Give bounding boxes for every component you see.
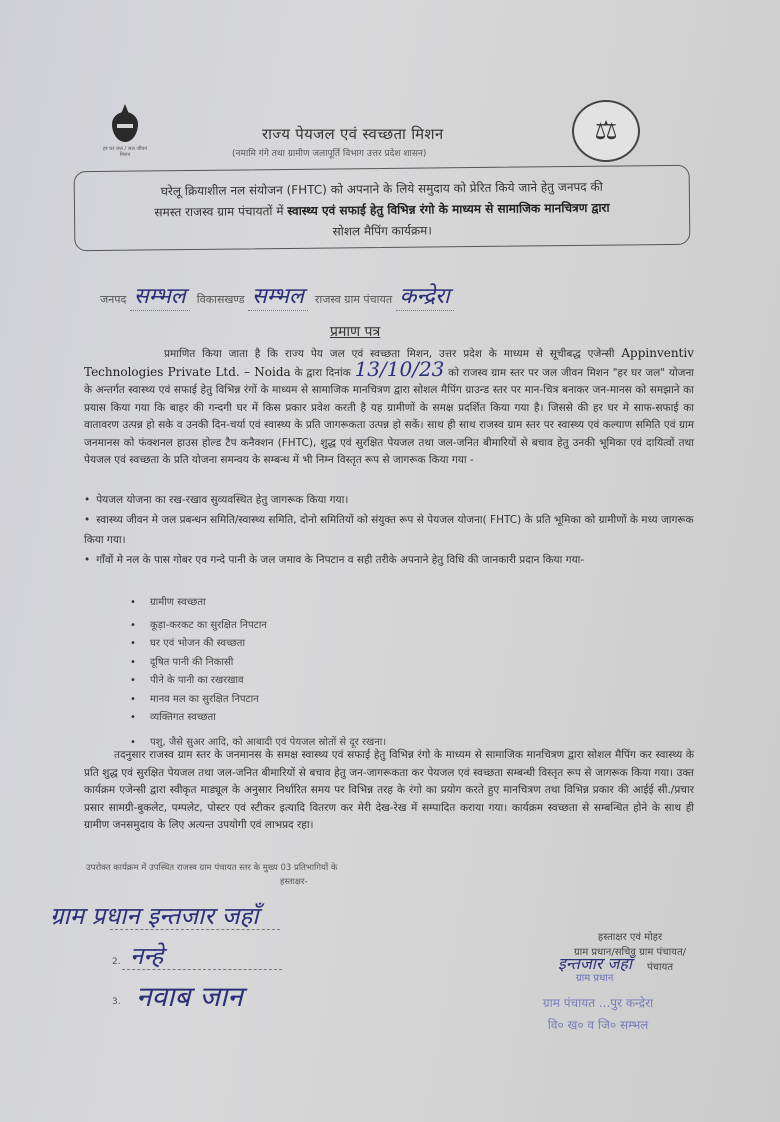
sanitation-topics-list: ग्रामीण स्वच्छता कूड़ा-करकट का सुरक्षित … bbox=[130, 594, 386, 752]
up-state-emblem-icon: ⚖ bbox=[572, 100, 640, 162]
location-fields: जनपद सम्भल विकासखण्ड सम्भल राजस्व ग्राम … bbox=[100, 280, 454, 311]
signatures-label: हस्ताक्षर- bbox=[280, 876, 308, 887]
signature-1: ग्राम प्रधान इन्तजार जहाँ bbox=[50, 899, 258, 932]
panchayat-field: कन्द्रेरा bbox=[396, 280, 454, 311]
bullet-item: गाँवों मे नल के पास गोबर एव गन्दे पानी क… bbox=[84, 550, 694, 570]
seal-line-1: ग्राम पंचायत ...पुर कन्द्रेरा bbox=[508, 992, 688, 1014]
district-label: जनपद bbox=[100, 293, 126, 306]
panchayat-label: राजस्व ग्राम पंचायत bbox=[315, 293, 392, 306]
water-drop-icon bbox=[112, 112, 138, 142]
signature-2: नन्हे bbox=[130, 939, 163, 972]
topic-item: पीने के पानी का रखरखाव bbox=[130, 672, 386, 691]
participants-note: उपरोक्त कार्यक्रम में उपस्थित राजस्व ग्र… bbox=[86, 862, 337, 873]
panchayat-seal: ग्राम पंचायत ...पुर कन्द्रेरा वि० ख० व ज… bbox=[508, 992, 688, 1036]
awareness-bullets: पेयजल योजना का रख-रखाव सुव्यवस्थित हेतु … bbox=[84, 490, 694, 570]
topic-item: कूड़ा-करकट का सुरक्षित निपटान bbox=[130, 617, 386, 636]
seal-line-2: वि० ख० व जि० सम्भल bbox=[508, 1014, 688, 1036]
certificate-paragraph-1: प्रमाणित किया जाता है कि राज्य पेय जल एव… bbox=[84, 345, 694, 470]
banner-line-2-bold: स्वास्थ्य एवं सफाई हेतु विभिन्न रंगो के … bbox=[287, 201, 609, 218]
bullet-item: पेयजल योजना का रख-रखाव सुव्यवस्थित हेतु … bbox=[84, 490, 694, 510]
topic-item: ग्रामीण स्वच्छता bbox=[130, 594, 386, 613]
program-banner: घरेलू क्रियाशील नल संयोजन (FHTC) को अपना… bbox=[74, 165, 691, 251]
bullet-item: स्वास्थ्य जीवन मे जल प्रबन्धन समिति/स्वा… bbox=[84, 510, 694, 550]
topic-item: व्यक्तिगत स्वच्छता bbox=[130, 709, 386, 728]
signature-number: 2. bbox=[112, 957, 121, 967]
attestation-label: हस्ताक्षर एवं मोहर bbox=[540, 930, 720, 945]
signature-underline bbox=[110, 929, 280, 930]
signature-underline bbox=[122, 969, 282, 970]
topic-item: मानव मल का सुरक्षित निपटान bbox=[130, 691, 386, 710]
org-subtitle: (नमामि गंगे तथा ग्रामीण जलापूर्ति विभाग … bbox=[232, 146, 426, 159]
logo-caption: हर घर जल / जल जीवन मिशन bbox=[100, 146, 150, 158]
certificate-page: हर घर जल / जल जीवन मिशन राज्य पेयजल एवं … bbox=[0, 0, 780, 1122]
event-date: 13/10/23 bbox=[355, 357, 445, 381]
pradhan-designation: ग्राम प्रधान bbox=[576, 970, 613, 984]
para1-text-c: को राजस्व ग्राम स्तर पर जल जीवन मिशन "हर… bbox=[84, 367, 694, 467]
signature-3: नवाब जान bbox=[136, 977, 243, 1015]
banner-line-2-prefix: समस्त राजस्व ग्राम पंचायतों में bbox=[154, 204, 287, 219]
certificate-heading: प्रमाण पत्र bbox=[330, 322, 380, 341]
topic-item: घर एवं भोजन की स्वच्छता bbox=[130, 635, 386, 654]
certificate-paragraph-2: तदनुसार राजस्व ग्राम स्तर के जनमानस के स… bbox=[84, 747, 694, 835]
block-field: सम्भल bbox=[248, 280, 308, 311]
block-value: सम्भल bbox=[252, 284, 304, 309]
signature-number: 3. bbox=[112, 997, 121, 1007]
district-value: सम्भल bbox=[134, 284, 186, 309]
district-field: सम्भल bbox=[130, 280, 190, 311]
topic-item: दूषित पानी की निकासी bbox=[130, 654, 386, 673]
jal-jeevan-mission-logo: हर घर जल / जल जीवन मिशन bbox=[100, 112, 150, 172]
panchayat-value: कन्द्रेरा bbox=[400, 284, 450, 309]
org-title: राज्य पेयजल एवं स्वच्छता मिशन bbox=[262, 124, 444, 144]
block-label: विकासखण्ड bbox=[197, 293, 245, 306]
para1-text-b: के द्वारा दिनांक bbox=[291, 367, 355, 379]
